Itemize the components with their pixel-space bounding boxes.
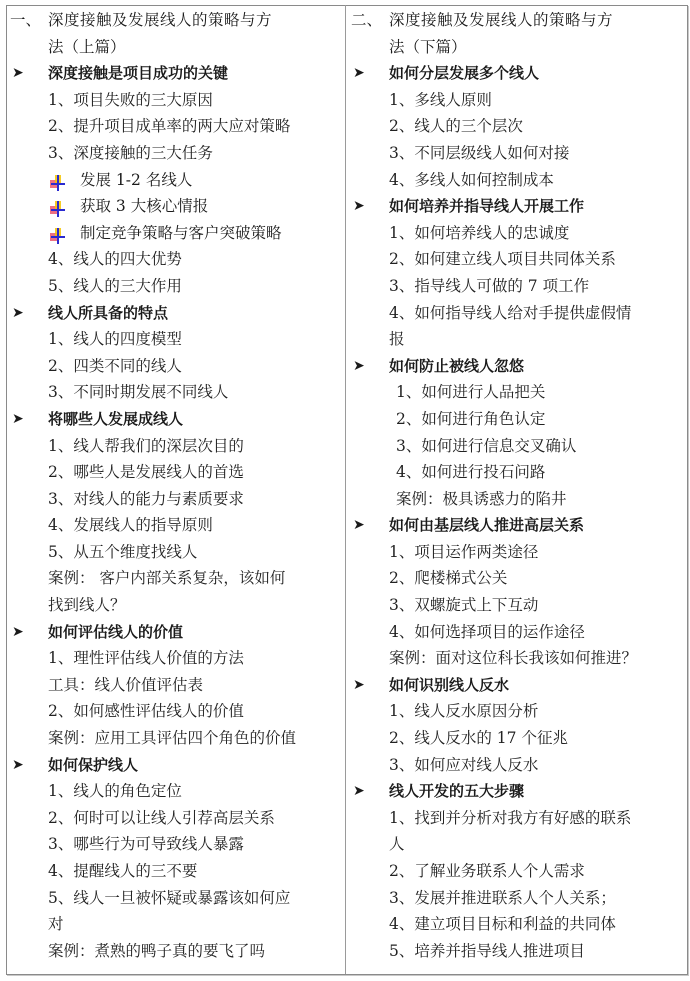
line-text: 将哪些人发展成线人 <box>48 406 183 433</box>
list-item: 2、了解业务联系人个人需求 <box>349 858 685 885</box>
list-item: 2、如何进行角色认定 <box>349 406 685 433</box>
list-item: 报 <box>349 326 685 353</box>
line-text: 工具：线人价值评估表 <box>48 672 203 699</box>
list-item: 4、建立项目目标和利益的共同体 <box>349 911 685 938</box>
list-item: 1、找到并分析对我方有好感的联系 <box>349 805 685 832</box>
line-text: 获取 3 大核心情报 <box>80 193 208 220</box>
line-text: 制定竞争策略与客户突破策略 <box>80 220 282 247</box>
list-item: 5、从五个维度找线人 <box>8 539 342 566</box>
list-item: 1、项目失败的三大原因 <box>8 87 342 114</box>
line-text: 报 <box>389 326 405 353</box>
line-text: 3、如何应对线人反水 <box>389 752 538 779</box>
right-heading: 二、 深度接触及发展线人的策略与方 <box>349 7 685 34</box>
list-item: 4、如何选择项目的运作途径 <box>349 619 685 646</box>
line-text: 3、指导线人可做的 7 项工作 <box>389 273 589 300</box>
list-item: 1、线人帮我们的深层次目的 <box>8 433 342 460</box>
line-text: 1、线人的角色定位 <box>48 778 182 805</box>
line-text: 案例：应用工具评估四个角色的价值 <box>48 725 296 752</box>
line-text: 线人所具备的特点 <box>48 300 168 327</box>
section-heading: ➤如何评估线人的价值 <box>8 619 342 646</box>
line-text: 2、何时可以让线人引荐高层关系 <box>48 805 275 832</box>
line-text: 1、找到并分析对我方有好感的联系 <box>389 805 631 832</box>
line-text: 4、提醒线人的三不要 <box>48 858 197 885</box>
list-item: 工具：线人价值评估表 <box>8 672 342 699</box>
list-item: 3、如何进行信息交叉确认 <box>349 433 685 460</box>
heading-number: 一、 <box>10 7 41 34</box>
line-text: 3、不同层级线人如何对接 <box>389 140 569 167</box>
list-item: 4、如何指导线人给对手提供虚假情 <box>349 300 685 327</box>
section-heading: ➤将哪些人发展成线人 <box>8 406 342 433</box>
line-text: 如何培养并指导线人开展工作 <box>389 193 584 220</box>
section-heading: ➤线人开发的五大步骤 <box>349 778 685 805</box>
line-text: 案例：极具诱惑力的陷井 <box>396 486 567 513</box>
right-column: 二、 深度接触及发展线人的策略与方 法（下篇） ➤如何分层发展多个线人1、多线人… <box>349 7 685 964</box>
list-item: 1、项目运作两类途径 <box>349 539 685 566</box>
line-text: 如何由基层线人推进高层关系 <box>389 512 584 539</box>
list-item: 3、深度接触的三大任务 <box>8 140 342 167</box>
line-text: 4、发展线人的指导原则 <box>48 512 213 539</box>
list-item: 3、发展并推进联系人个人关系； <box>349 885 685 912</box>
cross-bullet-icon <box>50 199 66 215</box>
sub-bullet-item: 获取 3 大核心情报 <box>8 193 342 220</box>
list-item: 1、线人的角色定位 <box>8 778 342 805</box>
cross-bullet-icon <box>50 173 66 189</box>
line-text: 5、培养并指导线人推进项目 <box>389 938 585 965</box>
case-item: 案例：应用工具评估四个角色的价值 <box>8 725 342 752</box>
line-text: 3、发展并推进联系人个人关系； <box>389 885 616 912</box>
line-text: 1、如何进行人品把关 <box>396 379 545 406</box>
list-item: 2、哪些人是发展线人的首选 <box>8 459 342 486</box>
right-heading-cont: 法（下篇） <box>349 34 685 61</box>
left-column: 一、 深度接触及发展线人的策略与方 法（上篇） ➤深度接触是项目成功的关键1、项… <box>8 7 342 964</box>
line-text: 2、线人的三个层次 <box>389 113 523 140</box>
list-item: 3、如何应对线人反水 <box>349 752 685 779</box>
arrow-bullet-icon: ➤ <box>353 672 365 699</box>
line-text: 2、了解业务联系人个人需求 <box>389 858 585 885</box>
arrow-bullet-icon: ➤ <box>12 406 24 433</box>
line-text: 对 <box>48 911 64 938</box>
heading-text: 深度接触及发展线人的策略与方 <box>389 7 613 34</box>
column-divider <box>345 5 346 974</box>
line-text: 2、如何进行角色认定 <box>396 406 545 433</box>
line-text: 1、理性评估线人价值的方法 <box>48 645 244 672</box>
line-text: 1、如何培养线人的忠诚度 <box>389 220 569 247</box>
arrow-bullet-icon: ➤ <box>12 752 24 779</box>
heading-text-cont: 法（下篇） <box>389 34 467 61</box>
list-item: 5、线人的三大作用 <box>8 273 342 300</box>
line-text: 发展 1-2 名线人 <box>80 167 192 194</box>
list-item: 案例：极具诱惑力的陷井 <box>349 486 685 513</box>
list-item: 3、对线人的能力与素质要求 <box>8 486 342 513</box>
line-text: 3、如何进行信息交叉确认 <box>396 433 576 460</box>
list-item: 1、如何进行人品把关 <box>349 379 685 406</box>
line-text: 5、线人一旦被怀疑或暴露该如何应 <box>48 885 290 912</box>
line-text: 如何保护线人 <box>48 752 138 779</box>
line-text: 2、提升项目成单率的两大应对策略 <box>48 113 290 140</box>
line-text: 3、哪些行为可导致线人暴露 <box>48 831 244 858</box>
heading-text-cont: 法（上篇） <box>48 34 126 61</box>
heading-number: 二、 <box>351 7 382 34</box>
arrow-bullet-icon: ➤ <box>353 193 365 220</box>
section-heading: ➤如何识别线人反水 <box>349 672 685 699</box>
line-text: 案例：面对这位科长我该如何推进？ <box>389 645 637 672</box>
arrow-bullet-icon: ➤ <box>12 619 24 646</box>
line-text: 4、如何指导线人给对手提供虚假情 <box>389 300 631 327</box>
line-text: 如何评估线人的价值 <box>48 619 183 646</box>
line-text: 线人开发的五大步骤 <box>389 778 524 805</box>
line-text: 2、如何感性评估线人的价值 <box>48 698 244 725</box>
list-item: 3、不同层级线人如何对接 <box>349 140 685 167</box>
section-heading: ➤如何培养并指导线人开展工作 <box>349 193 685 220</box>
line-text: 1、线人的四度模型 <box>48 326 182 353</box>
left-heading: 一、 深度接触及发展线人的策略与方 <box>8 7 342 34</box>
case-item: 案例：煮熟的鸭子真的要飞了吗 <box>8 938 342 965</box>
section-heading: ➤如何保护线人 <box>8 752 342 779</box>
list-item: 3、双螺旋式上下互动 <box>349 592 685 619</box>
line-text: 5、从五个维度找线人 <box>48 539 197 566</box>
list-item: 3、哪些行为可导致线人暴露 <box>8 831 342 858</box>
section-heading: ➤线人所具备的特点 <box>8 300 342 327</box>
line-text: 4、线人的四大优势 <box>48 246 182 273</box>
arrow-bullet-icon: ➤ <box>12 300 24 327</box>
arrow-bullet-icon: ➤ <box>353 512 365 539</box>
line-text: 3、不同时期发展不同线人 <box>48 379 228 406</box>
arrow-bullet-icon: ➤ <box>12 60 24 87</box>
list-item: 2、提升项目成单率的两大应对策略 <box>8 113 342 140</box>
line-text: 1、线人帮我们的深层次目的 <box>48 433 244 460</box>
line-text: 案例： 客户内部关系复杂，该如何 <box>48 565 285 592</box>
cross-bullet-icon <box>50 226 66 242</box>
sub-bullet-item: 制定竞争策略与客户突破策略 <box>8 220 342 247</box>
section-heading: ➤深度接触是项目成功的关键 <box>8 60 342 87</box>
list-item: 4、线人的四大优势 <box>8 246 342 273</box>
line-text: 1、项目失败的三大原因 <box>48 87 213 114</box>
list-item: 对 <box>8 911 342 938</box>
case-item: 找到线人？ <box>8 592 342 619</box>
list-item: 1、如何培养线人的忠诚度 <box>349 220 685 247</box>
line-text: 如何防止被线人忽悠 <box>389 353 524 380</box>
list-item: 3、不同时期发展不同线人 <box>8 379 342 406</box>
line-text: 如何识别线人反水 <box>389 672 509 699</box>
arrow-bullet-icon: ➤ <box>353 60 365 87</box>
list-item: 4、提醒线人的三不要 <box>8 858 342 885</box>
list-item: 1、线人的四度模型 <box>8 326 342 353</box>
line-text: 案例：煮熟的鸭子真的要飞了吗 <box>48 938 265 965</box>
line-text: 1、线人反水原因分析 <box>389 698 538 725</box>
list-item: 1、线人反水原因分析 <box>349 698 685 725</box>
line-text: 2、哪些人是发展线人的首选 <box>48 459 244 486</box>
line-text: 5、线人的三大作用 <box>48 273 182 300</box>
right-outline-list: ➤如何分层发展多个线人1、多线人原则2、线人的三个层次3、不同层级线人如何对接4… <box>349 60 685 964</box>
section-heading: ➤如何分层发展多个线人 <box>349 60 685 87</box>
line-text: 2、爬楼梯式公关 <box>389 565 507 592</box>
line-text: 人 <box>389 831 405 858</box>
list-item: 2、如何感性评估线人的价值 <box>8 698 342 725</box>
list-item: 5、线人一旦被怀疑或暴露该如何应 <box>8 885 342 912</box>
list-item: 2、何时可以让线人引荐高层关系 <box>8 805 342 832</box>
line-text: 1、项目运作两类途径 <box>389 539 538 566</box>
line-text: 如何分层发展多个线人 <box>389 60 539 87</box>
line-text: 4、多线人如何控制成本 <box>389 167 554 194</box>
sub-bullet-item: 发展 1-2 名线人 <box>8 167 342 194</box>
line-text: 3、双螺旋式上下互动 <box>389 592 538 619</box>
list-item: 2、四类不同的线人 <box>8 353 342 380</box>
list-item: 4、发展线人的指导原则 <box>8 512 342 539</box>
list-item: 2、爬楼梯式公关 <box>349 565 685 592</box>
arrow-bullet-icon: ➤ <box>353 353 365 380</box>
case-item: 案例：面对这位科长我该如何推进？ <box>349 645 685 672</box>
heading-text: 深度接触及发展线人的策略与方 <box>48 7 272 34</box>
left-heading-cont: 法（上篇） <box>8 34 342 61</box>
line-text: 找到线人？ <box>48 592 126 619</box>
line-text: 3、对线人的能力与素质要求 <box>48 486 244 513</box>
case-item: 案例： 客户内部关系复杂，该如何 <box>8 565 342 592</box>
arrow-bullet-icon: ➤ <box>353 778 365 805</box>
line-text: 2、线人反水的 17 个征兆 <box>389 725 568 752</box>
left-outline-list: ➤深度接触是项目成功的关键1、项目失败的三大原因2、提升项目成单率的两大应对策略… <box>8 60 342 964</box>
list-item: 5、培养并指导线人推进项目 <box>349 938 685 965</box>
line-text: 3、深度接触的三大任务 <box>48 140 213 167</box>
section-heading: ➤如何由基层线人推进高层关系 <box>349 512 685 539</box>
line-text: 2、如何建立线人项目共同体关系 <box>389 246 616 273</box>
list-item: 4、多线人如何控制成本 <box>349 167 685 194</box>
list-item: 2、线人反水的 17 个征兆 <box>349 725 685 752</box>
section-heading: ➤如何防止被线人忽悠 <box>349 353 685 380</box>
line-text: 2、四类不同的线人 <box>48 353 182 380</box>
list-item: 3、指导线人可做的 7 项工作 <box>349 273 685 300</box>
line-text: 1、多线人原则 <box>389 87 492 114</box>
list-item: 1、多线人原则 <box>349 87 685 114</box>
list-item: 2、如何建立线人项目共同体关系 <box>349 246 685 273</box>
line-text: 4、建立项目目标和利益的共同体 <box>389 911 616 938</box>
line-text: 深度接触是项目成功的关键 <box>48 60 228 87</box>
list-item: 4、如何进行投石问路 <box>349 459 685 486</box>
line-text: 4、如何进行投石问路 <box>396 459 545 486</box>
line-text: 4、如何选择项目的运作途径 <box>389 619 585 646</box>
list-item: 2、线人的三个层次 <box>349 113 685 140</box>
list-item: 人 <box>349 831 685 858</box>
list-item: 1、理性评估线人价值的方法 <box>8 645 342 672</box>
